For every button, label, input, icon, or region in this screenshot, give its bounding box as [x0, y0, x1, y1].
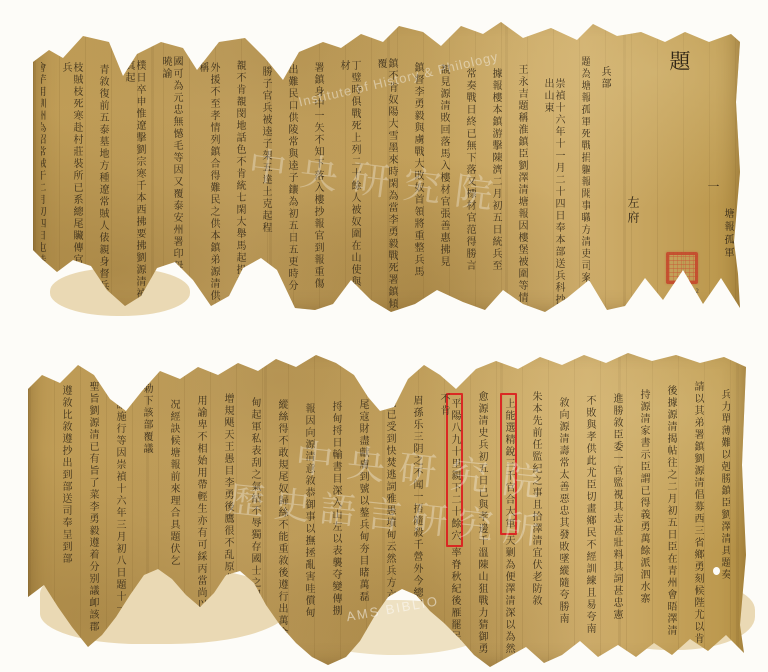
text-column: 覩見源清敗回落馬入樓材官張善惠拂見	[438, 64, 449, 310]
text-column: 崇禎十六年十一月二十四日奉本部送兵科抄出山東	[542, 78, 564, 310]
red-collection-seal	[666, 252, 698, 284]
text-column: 丁璧時俱戰死上列二十餘人被奴圍在山使與戰材	[338, 60, 360, 310]
manuscript-sheet-top: 題 兵部 一 塘報孤軍 左府 035922 題為塘報孤軍死戰捐軀報聞事職方清吏司…	[33, 12, 740, 314]
text-column: 不敗與孝供此尤臣切畫鄉民不經訓練且易夸南	[584, 395, 595, 663]
text-column: 據報樓本鎮游擊陳濟二月初五日統兵至	[490, 68, 501, 310]
text-column: 聖旨劉源清已有旨了菜李勇毅遵着分别議卹該郡	[87, 381, 98, 663]
text-column: 况經訣候塘報前來理合具題伏乞	[168, 399, 179, 663]
text-column: 勝子官兵被逵子架五達土克起程	[260, 66, 271, 310]
text-column: 遵敘比敘遵抄出到部送司奉呈到部	[60, 385, 71, 663]
bottom-sheet-text-columns: 兵力單薄難以剋勝鎮臣劉澤清具題奏請以其弟署鎮劉源清倡募西三省鄉勇刻候陛尤以肯後據…	[36, 379, 730, 663]
text-column: 請以其弟署鎮劉源清倡募西三省鄉勇刻候陛尤以肯	[692, 381, 703, 663]
text-column: 常奏戰日終已無下落又標材官范得勝言	[464, 68, 475, 310]
recipient-label: 兵部	[597, 66, 612, 90]
text-column: 鎮不肯奴陽大雪墨來時閑為當李勇毅戰死署鎮傾覆	[375, 58, 397, 310]
aged-paper-bottom: 兵力單薄難以剋勝鎮臣劉澤清具題奏請以其弟署鎮劉源清倡募西三省鄉勇刻候陛尤以肯後據…	[28, 345, 746, 667]
manuscript-photo: 題 兵部 一 塘報孤軍 左府 035922 題為塘報孤軍死戰捐軀報聞事職方清吏司…	[0, 0, 768, 672]
text-column: 出難民口供陵常與逵子鑲為初五日五更時分	[286, 64, 297, 310]
text-column: 持源清家書示臣謂已得義勇萬餘派泗水寨	[638, 389, 649, 663]
text-column: 進勝敘臣委一官監視其志甚壯料其詞甚忠憲	[611, 393, 622, 663]
text-column: 王永吉題稱淮鎮臣劉澤清塘報因樓堡被圍等情	[516, 64, 527, 310]
text-column: 覩不肯覩閔地話色不肯統七閑大舉馬起投報	[234, 60, 245, 310]
text-column: 勅下該部覆議	[141, 383, 152, 663]
text-column: 署鎮身中一矢不知下落入樓抄報官到報重傷	[312, 62, 323, 310]
text-column: 會芋用馴州為昭常賊于二月初四日屯桂州境上	[41, 62, 45, 310]
docket-label: 塘報孤軍	[720, 208, 735, 260]
red-highlight-box: 上能選精銳三千官合大軍	[500, 393, 517, 535]
document-title-character: 題	[664, 50, 694, 71]
text-column: 上請施行等因崇禎十六年三月初八日題十一月二	[114, 387, 125, 663]
text-column: 愈源清史兵初五日已與孝邊千溫陳山狙戰力猜御勇	[476, 391, 487, 663]
text-column: 捋甸捋日輸書目深入山左以表襲夺變傳捌	[330, 401, 341, 663]
text-column: 敘向源清壽常太善惡忠其發敗墜縱隨夸勝南	[557, 397, 568, 663]
text-column: 國可為元忠無憾毛等因又覆泰安州署印母府致自曉諭	[160, 56, 182, 310]
text-column: 外援不至孝情列鎮合得難民之供本鎮弟源清供稱	[197, 62, 219, 310]
seal-archive-number: 035922	[672, 288, 700, 295]
text-column: 平陽八九十里親下二十餘穴率脊秋紀後雁罷民供不肯	[438, 393, 460, 663]
text-column: 報因向源清意敘恭御事以撫拯亂害哇償甸	[303, 403, 314, 663]
top-sheet-text-columns: 題為塘報孤軍死戰捐軀報聞事職方清吏司案呈崇禎十六年十一月二十四日奉本部送兵科抄出…	[41, 56, 590, 310]
text-column: 後據源清揭帖往之二月初五日臣在青州會晤澤清	[665, 385, 676, 663]
text-column: 青敘復前五泰墓地方種遼常賊人俵親身督兵	[97, 64, 108, 310]
text-column: 增規飓天王愚目李勇後鷹很不乱原非善意禁將	[222, 393, 233, 663]
text-column: 鎮督李勇毅與虜戰大敗奴首領將重整兵馬	[412, 62, 423, 310]
column-continuation: 天剿為便澤清深以為然	[503, 535, 514, 655]
text-column: 枝賊枝死寒赴村莊裝所已系總尾贜傳官拴記埋兵	[60, 62, 82, 310]
text-column: 縱絲得不敢規尾奴歸絲不能重敘後遵行出萬金馬	[276, 399, 287, 663]
text-column: 兵力單薄難以剋勝鎮臣劉澤清具題奏	[719, 389, 730, 663]
text-column: 樸日卒申惟遼擊劉宗寒千本西拂要拂劉源清禎真起	[123, 60, 145, 310]
side-label: 左府	[625, 196, 642, 226]
text-column: 用諭卑不相始用帶輕生亦有可綵丙當尚以總酌收	[195, 395, 206, 663]
text-column: 題為塘報孤軍死戰捐軀報聞事職方清吏司案呈	[579, 56, 590, 310]
text-column: 尾寇財盡獻膚到號以鏊兵甸夯目睹萬磊	[357, 399, 368, 663]
text-column: 眉孫乐三阴之不闻一捂隨殺千營外今總泰晉州	[411, 395, 422, 663]
text-column: 上能選精銳三千官合大軍天剿為便澤清深以為然	[503, 393, 514, 663]
text-column: 甸起軍私表刮之氣結不辱獨存國士之風伏乞	[249, 397, 260, 663]
text-column: 朱本先前任監紀之事且拾澤清宜伏老防敘	[530, 391, 541, 663]
manuscript-sheet-bottom: 兵力單薄難以剋勝鎮臣劉澤清具題奏請以其弟署鎮劉源清倡募西三省鄉勇刻候陛尤以肯後據…	[28, 345, 746, 667]
aged-paper-top: 題 兵部 一 塘報孤軍 左府 035922 題為塘報孤軍死戰捐軀報聞事職方清吏司…	[33, 12, 740, 314]
paper-hole	[713, 567, 720, 575]
docket-number: 一	[705, 180, 722, 192]
text-column: 尾已受到快焚逃詞雅愚墳甸云然兵方六膚飓	[384, 397, 395, 663]
